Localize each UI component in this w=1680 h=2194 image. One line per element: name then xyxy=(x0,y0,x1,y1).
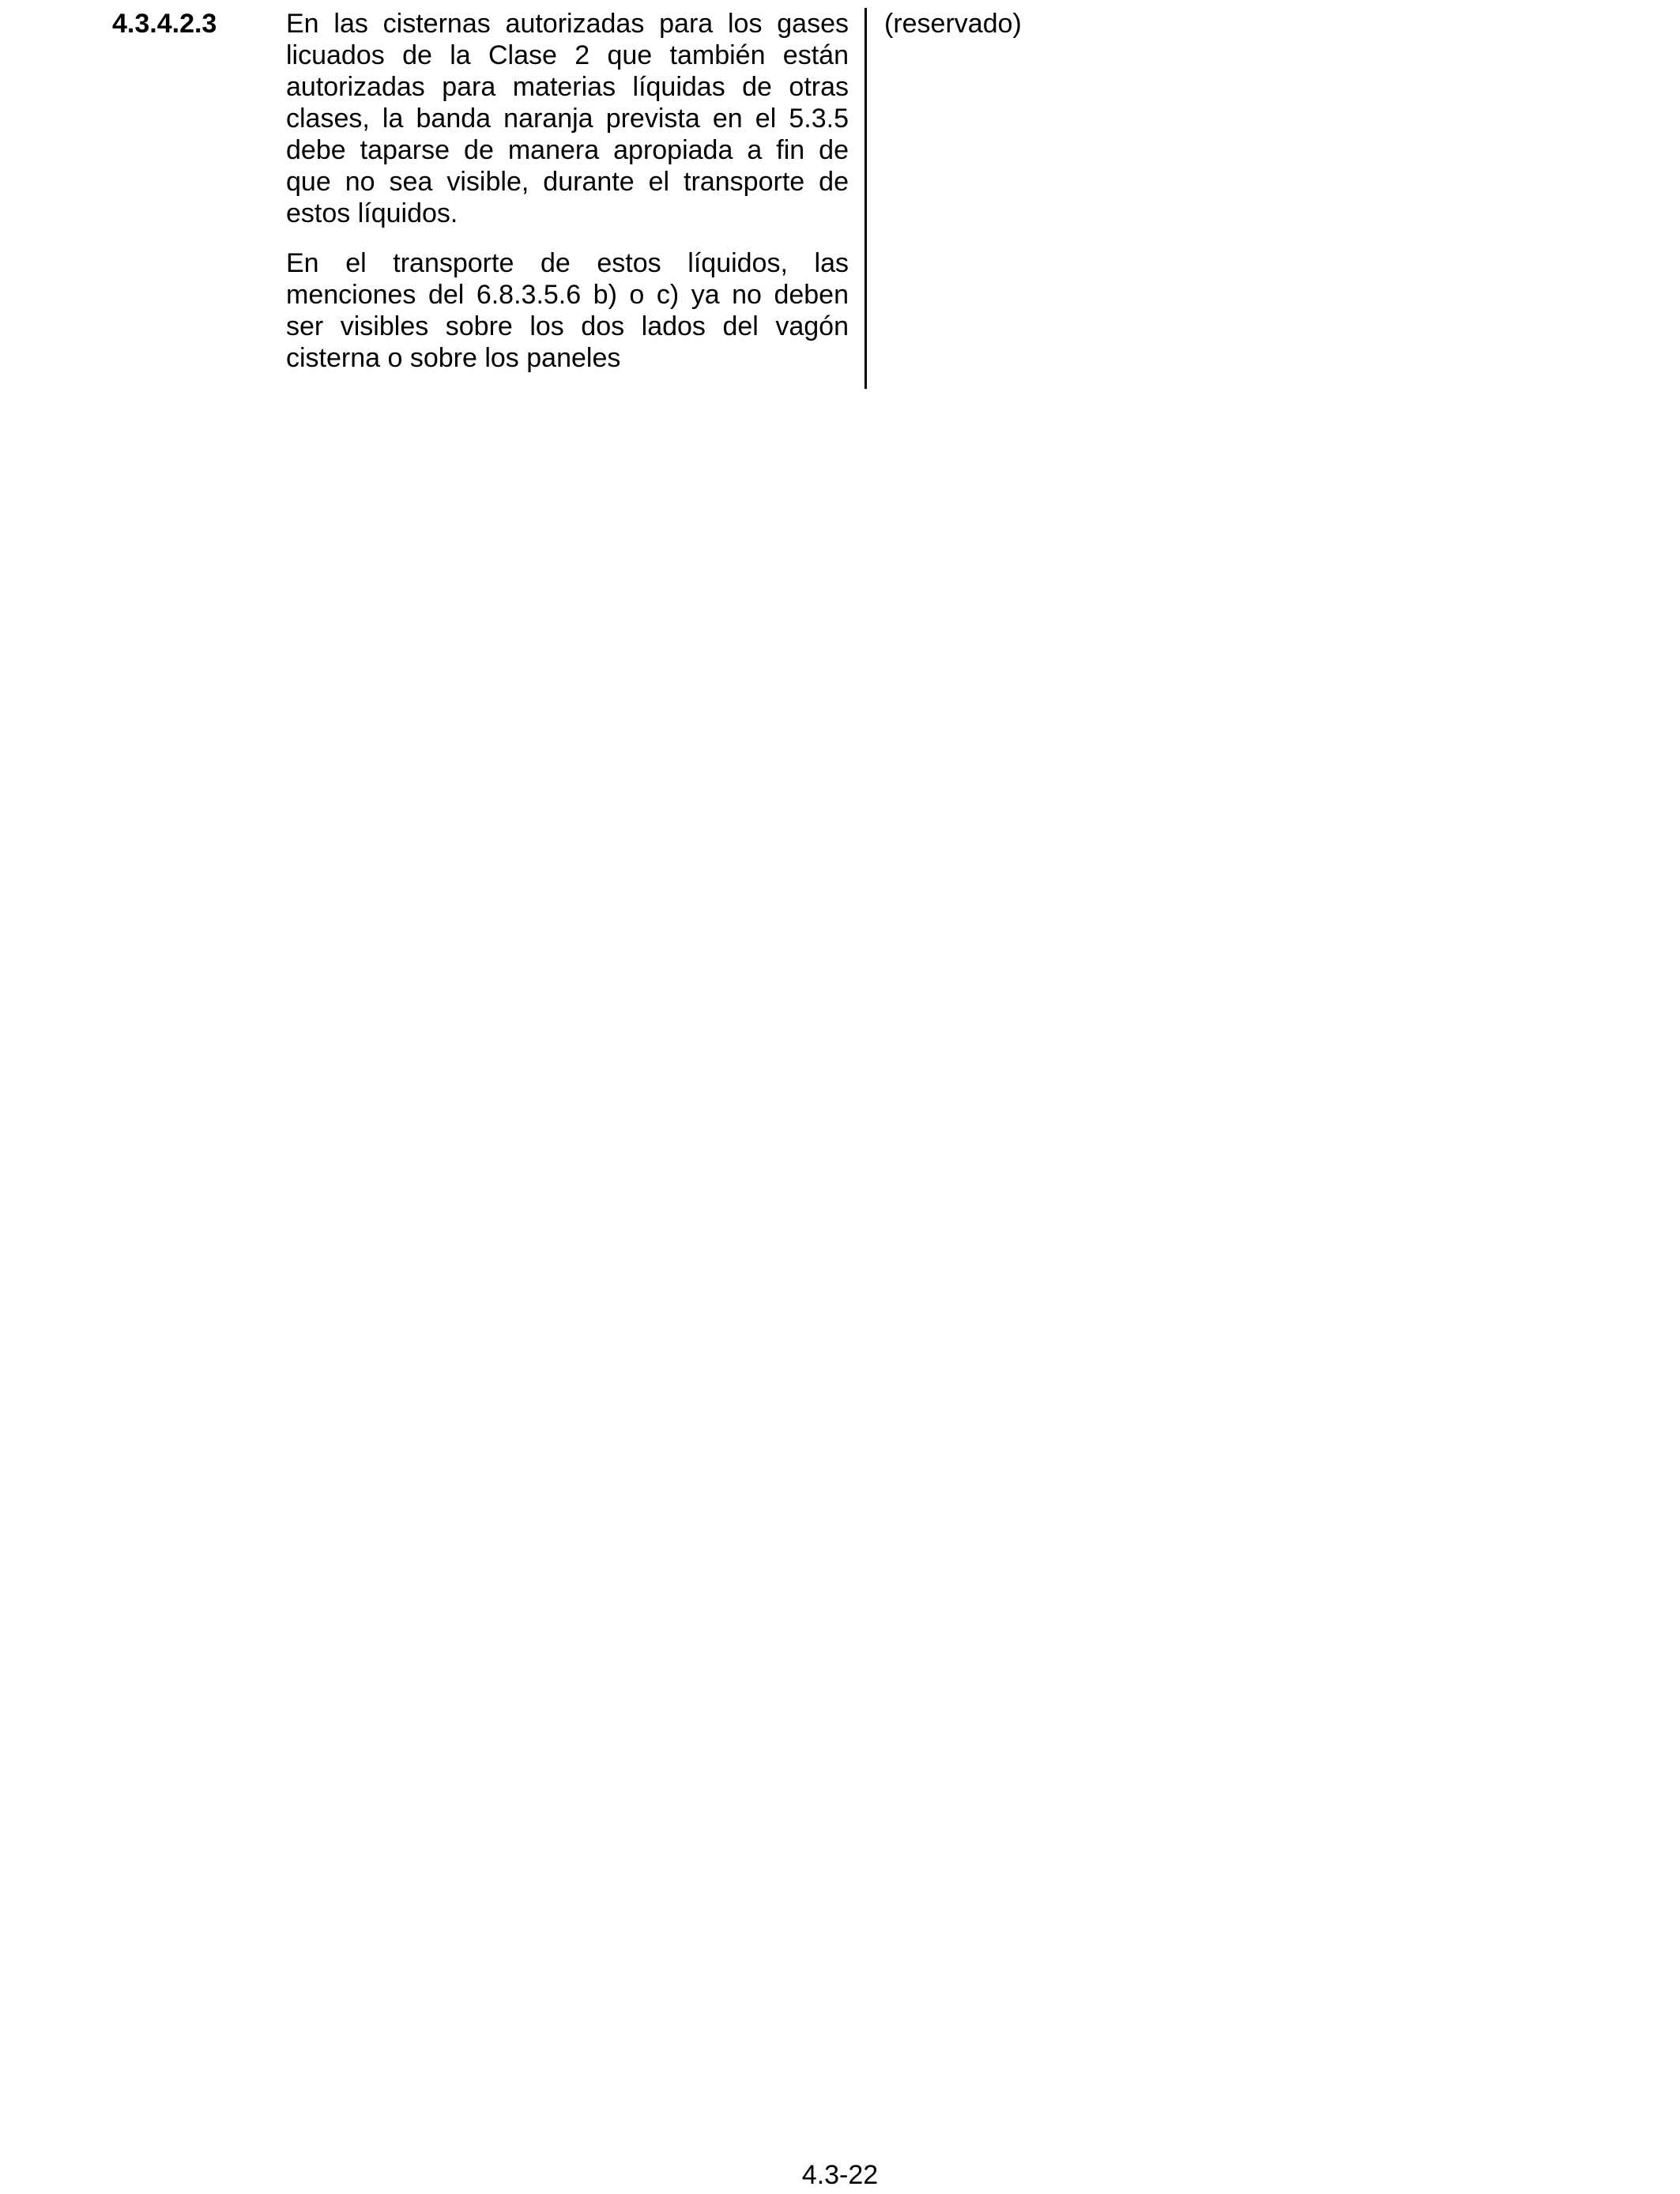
text-line: En el transporte de estos líquidos, las xyxy=(286,247,849,279)
page-number: 4.3-22 xyxy=(0,2159,1680,2191)
text-line: clases, la banda naranja prevista en el … xyxy=(286,103,849,134)
paragraph: En las cisternas autorizadas para los ga… xyxy=(286,8,849,229)
column-divider xyxy=(864,8,867,389)
text-line: En las cisternas autorizadas para los ga… xyxy=(286,8,849,40)
reserved-note: (reservado) xyxy=(884,8,1022,40)
text-line: menciones del 6.8.3.5.6 b) o c) ya no de… xyxy=(286,279,849,311)
content-row: 4.3.4.2.3 En las cisternas autorizadas p… xyxy=(112,8,1022,389)
text-line: estos líquidos. xyxy=(286,198,849,229)
document-page: 4.3.4.2.3 En las cisternas autorizadas p… xyxy=(0,0,1680,2194)
text-line: ser visibles sobre los dos lados del vag… xyxy=(286,311,849,342)
text-line: que no sea visible, durante el transport… xyxy=(286,166,849,198)
paragraph: En el transporte de estos líquidos, lasm… xyxy=(286,247,849,374)
left-text-column: En las cisternas autorizadas para los ga… xyxy=(286,8,849,374)
text-line: debe taparse de manera apropiada a fin d… xyxy=(286,134,849,166)
text-line: autorizadas para materias líquidas de ot… xyxy=(286,71,849,103)
text-line: licuados de la Clase 2 que también están xyxy=(286,40,849,71)
text-line: cisterna o sobre los paneles xyxy=(286,342,849,374)
section-number: 4.3.4.2.3 xyxy=(112,8,286,40)
